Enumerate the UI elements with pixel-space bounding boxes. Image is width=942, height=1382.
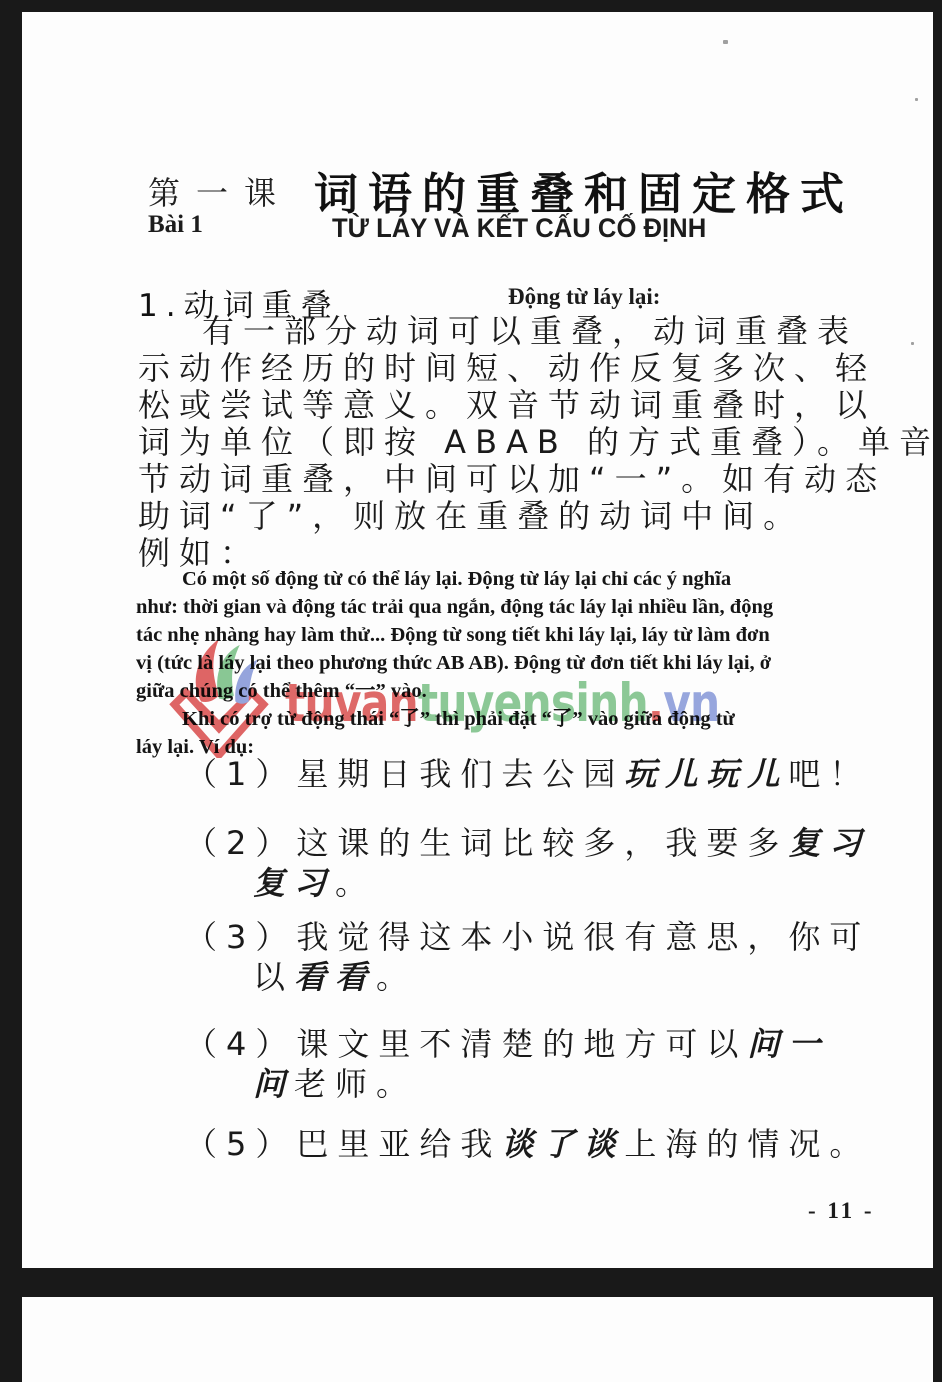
book-page: 第一课 词语的重叠和固定格式 Bài 1 TỪ LÁY VÀ KẾT CẤU C…: [22, 12, 933, 1268]
example-line: （3）我觉得这本小说很有意思，你可: [185, 917, 870, 957]
cn-paragraph-line: 词为单位（即按 ABAB 的方式重叠）。单音: [138, 424, 898, 461]
scan-speck: [915, 98, 918, 101]
vn-paragraph-line: như: thời gian và động tác trải qua ngắn…: [136, 593, 916, 621]
section-heading-vn: Động từ láy lại:: [508, 284, 660, 310]
vn-paragraph-line: giữa chúng có thể thêm “一” vào.: [136, 677, 916, 705]
cn-paragraph-line: 助词“了”，则放在重叠的动词中间。: [138, 498, 898, 535]
reduplicated-verb: 谈了谈: [501, 1125, 624, 1163]
cn-paragraph-line: 松或尝试等意义。双音节动词重叠时，以: [138, 387, 898, 424]
reduplicated-verb: 问一: [747, 1025, 829, 1063]
reduplicated-verb: 看看: [294, 958, 376, 996]
example-text: 。: [335, 864, 376, 902]
example-text: 以: [253, 958, 294, 996]
example-text: （4）课文里不清楚的地方可以: [185, 1025, 747, 1063]
example-text: 老师。: [294, 1065, 417, 1103]
example-1: （1）星期日我们去公园玩儿玩儿吧！: [185, 754, 870, 794]
lesson-number-vn: Bài 1: [148, 211, 203, 239]
example-line: （4）课文里不清楚的地方可以问一: [185, 1024, 829, 1064]
cn-paragraph-line: 节动词重叠，中间可以加“一”。如有动态: [138, 461, 898, 498]
example-5: （5）巴里亚给我谈了谈上海的情况。: [185, 1124, 870, 1164]
page-title-vn: TỪ LÁY VÀ KẾT CẤU CỐ ĐỊNH: [332, 213, 706, 244]
example-4: （4）课文里不清楚的地方可以问一 问老师。: [185, 1024, 829, 1104]
example-line: （5）巴里亚给我谈了谈上海的情况。: [185, 1124, 870, 1164]
example-line: 复习。: [185, 863, 870, 903]
example-line: 问老师。: [185, 1064, 829, 1104]
cn-paragraph-line: 示动作经历的时间短、动作反复多次、轻: [138, 350, 898, 387]
example-text: 吧！: [788, 755, 870, 793]
example-line: （1）星期日我们去公园玩儿玩儿吧！: [185, 754, 870, 794]
scan-background: { "header": { "lesson_cn": "第一课", "title…: [0, 0, 942, 1382]
vn-paragraph-line: vị (tức là láy lại theo phương thức AB A…: [136, 649, 916, 677]
example-text: （5）巴里亚给我: [185, 1125, 501, 1163]
reduplicated-verb: 复习: [253, 864, 335, 902]
example-text: （2）这课的生词比较多，我要多: [185, 824, 788, 862]
next-page-edge: [22, 1297, 933, 1382]
reduplicated-verb: 问: [253, 1065, 294, 1103]
vietnamese-paragraph: Có một số động từ có thể láy lại. Động t…: [136, 565, 916, 761]
scan-speck: [723, 40, 728, 44]
lesson-number-cn: 第一课: [148, 168, 292, 214]
chinese-paragraph: 有一部分动词可以重叠，动词重叠表 示动作经历的时间短、动作反复多次、轻 松或尝试…: [138, 313, 898, 572]
vn-paragraph-line: Khi có trợ từ động thái “了” thì phải đặt…: [136, 705, 916, 733]
example-2: （2）这课的生词比较多，我要多复习 复习。: [185, 823, 870, 903]
vn-paragraph-line: tác nhẹ nhàng hay làm thử... Động từ son…: [136, 621, 916, 649]
vn-paragraph-line: Có một số động từ có thể láy lại. Động t…: [136, 565, 916, 593]
example-text: （1）星期日我们去公园: [185, 755, 624, 793]
reduplicated-verb: 复习: [788, 824, 870, 862]
example-3: （3）我觉得这本小说很有意思，你可 以看看。: [185, 917, 870, 997]
example-line: 以看看。: [185, 957, 870, 997]
reduplicated-verb: 玩儿玩儿: [624, 755, 788, 793]
page-number: - 11 -: [808, 1198, 875, 1224]
example-text: 。: [376, 958, 417, 996]
example-text: 上海的情况。: [624, 1125, 870, 1163]
example-line: （2）这课的生词比较多，我要多复习: [185, 823, 870, 863]
cn-paragraph-line: 有一部分动词可以重叠，动词重叠表: [138, 313, 898, 350]
scan-speck: [911, 342, 914, 345]
